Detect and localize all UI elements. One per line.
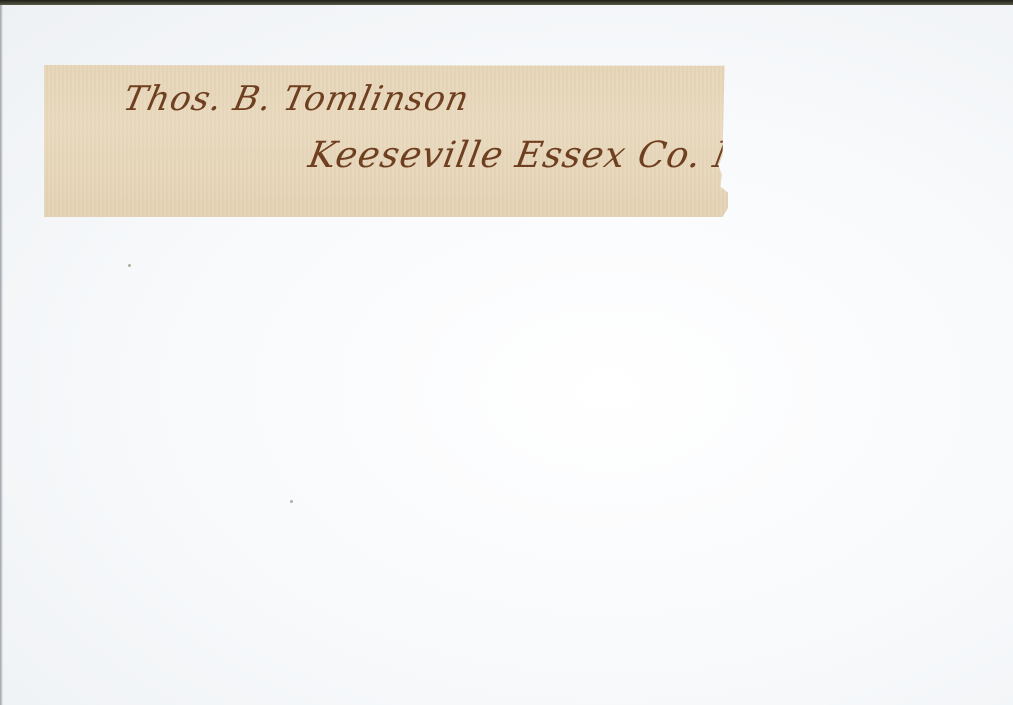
- signature-line: Thos. B. Tomlinson: [120, 79, 473, 119]
- place-line: Keeseville Essex Co. N.Y.: [305, 135, 792, 176]
- paper-speck: [128, 264, 131, 267]
- autograph-slip: Thos. B. Tomlinson Keeseville Essex Co. …: [44, 65, 728, 217]
- paper-speck: [290, 500, 293, 503]
